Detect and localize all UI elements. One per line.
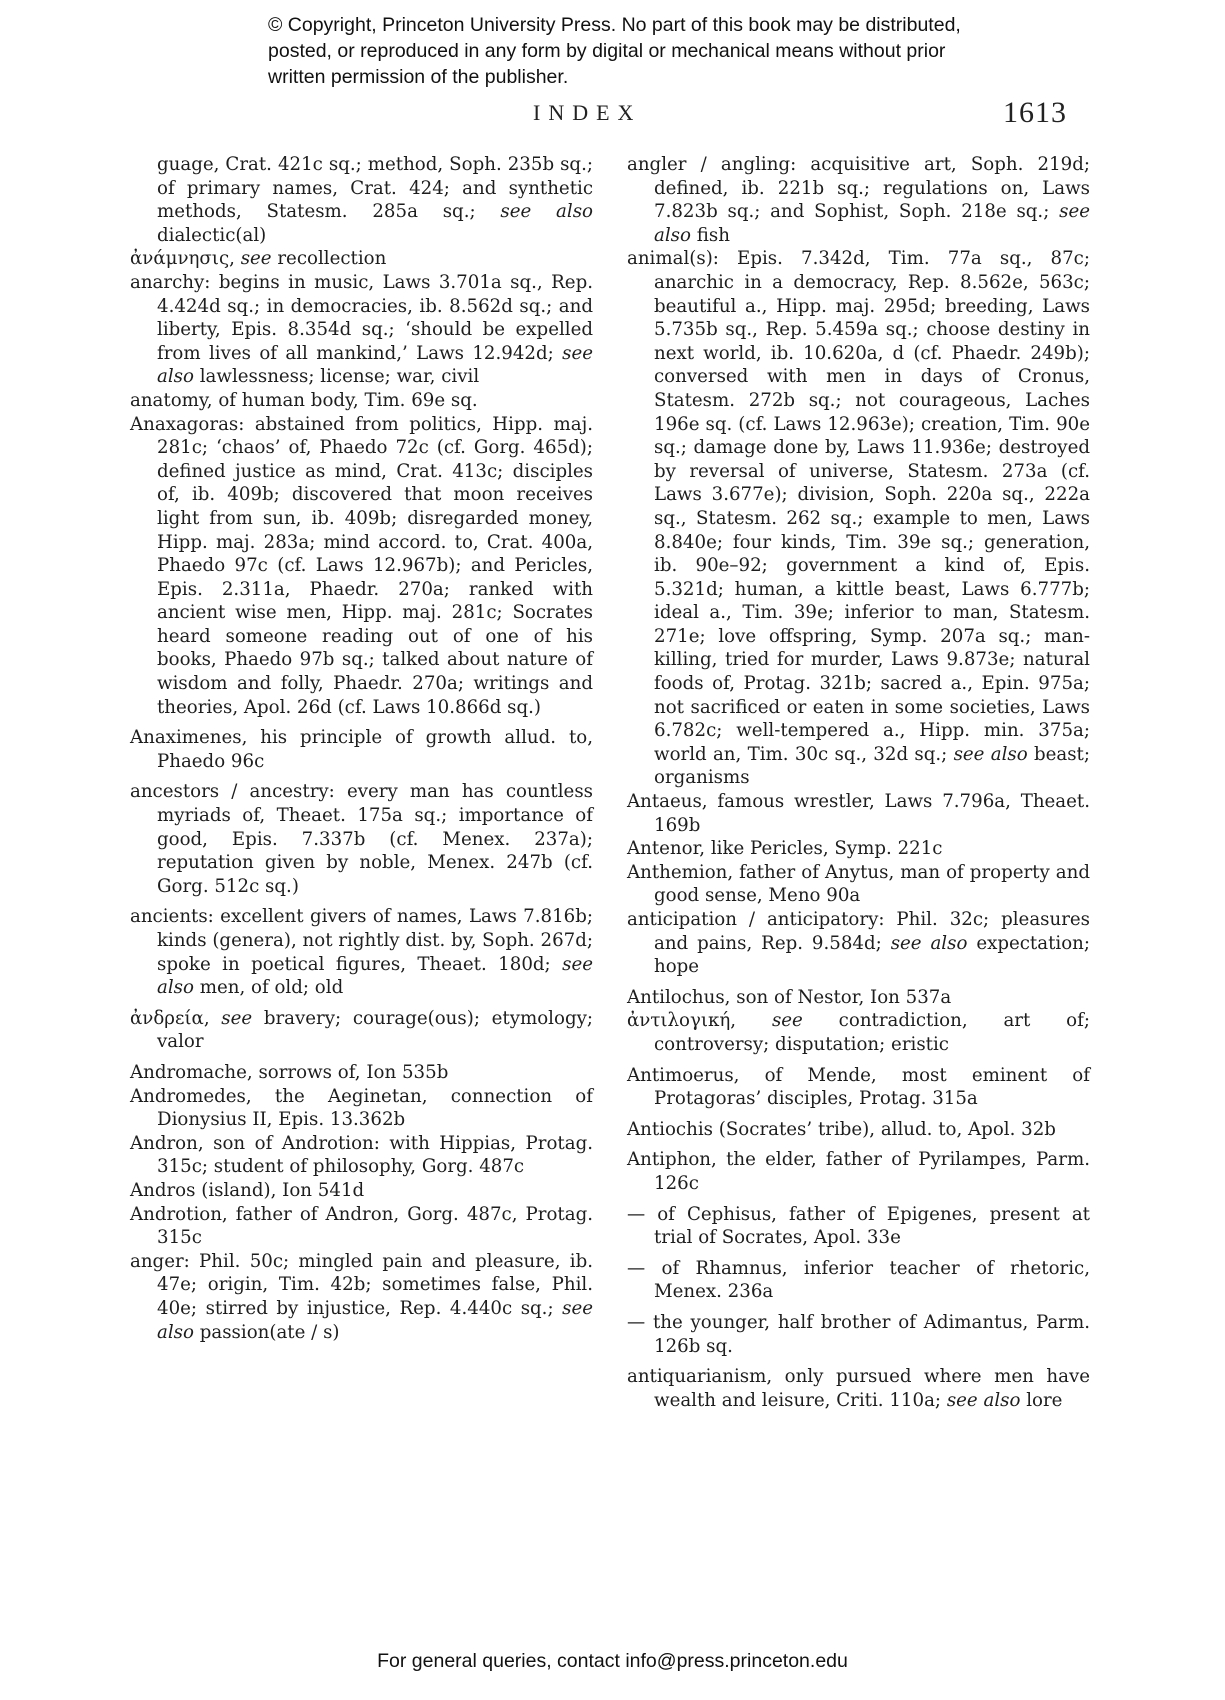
index-entry: — of Rhamnus, inferior teacher of rhetor… [627,1257,1090,1304]
index-entry: Anaximenes, his principle of growth allu… [130,726,593,773]
index-entry: anger: Phil. 50c; mingled pain and pleas… [130,1250,593,1344]
index-entry: anarchy: begins in music, Laws 3.701a sq… [130,271,593,389]
page-number: 1613 [1003,96,1067,130]
cross-reference-marker: see [221,1008,252,1029]
index-entry: — of Cephisus, father of Epigenes, prese… [627,1203,1090,1250]
cross-reference-marker: see also [157,954,593,999]
copyright-notice: © Copyright, Princeton University Press.… [268,12,968,90]
cross-reference-marker: see also [947,1390,1021,1411]
index-entry: Antimoerus, of Mende, most eminent of Pr… [627,1064,1090,1111]
index-entry: angler / angling: acquisitive art, Soph.… [627,153,1090,247]
index-column-left: guage, Crat. 421c sq.; method, Soph. 235… [130,153,593,1344]
index-column-right: angler / angling: acquisitive art, Soph.… [627,153,1090,1412]
index-entry: Andromedes, the Aeginetan, connection of… [130,1085,593,1132]
index-entry: ancients: excellent givers of names, Law… [130,905,593,999]
index-entry: animal(s): Epis. 7.342d, Tim. 77a sq., 8… [627,247,1090,790]
cross-reference-marker: see also [500,201,593,222]
index-entry: — the younger, half brother of Adimantus… [627,1311,1090,1358]
index-entry: Andros (island), Ion 541d [130,1179,593,1203]
index-entry: ἀνάμνησις, see recollection [130,247,593,271]
index-entry: Andron, son of Androtion: with Hippias, … [130,1132,593,1179]
index-entry: Androtion, father of Andron, Gorg. 487c,… [130,1203,593,1250]
index-entry: Anaxagoras: abstained from politics, Hip… [130,413,593,720]
cross-reference-marker: see also [654,201,1090,246]
cross-reference-marker: see [241,248,272,269]
index-entry: Antiochis (Socrates’ tribe), allud. to, … [627,1118,1090,1142]
index-entry: Andromache, sorrows of, Ion 535b [130,1061,593,1085]
running-title: INDEX [533,100,641,126]
index-entry: Anthemion, father of Anytus, man of prop… [627,861,1090,908]
index-entry: guage, Crat. 421c sq.; method, Soph. 235… [130,153,593,247]
index-entry: Antiphon, the elder, father of Pyrilampe… [627,1148,1090,1195]
cross-reference-marker: see also [157,1298,593,1343]
index-entry: Antaeus, famous wrestler, Laws 7.796a, T… [627,790,1090,837]
cross-reference-marker: see also [157,343,593,388]
index-entry: antiquarianism, only pursued where men h… [627,1365,1090,1412]
footer-contact: For general queries, contact info@press.… [0,1650,1225,1673]
cross-reference-marker: see also [954,744,1028,765]
index-entry: Antenor, like Pericles, Symp. 221c [627,837,1090,861]
index-entry: ancestors / ancestry: every man has coun… [130,780,593,898]
index-entry: anatomy, of human body, Tim. 69e sq. [130,389,593,413]
running-head: INDEX 1613 [0,100,1225,140]
cross-reference-marker: see also [891,933,968,954]
cross-reference-marker: see [772,1010,803,1031]
index-entry: ἀνδρεία, see bravery; courage(ous); etym… [130,1007,593,1054]
index-entry: Antilochus, son of Nestor, Ion 537a [627,986,1090,1010]
index-entry: anticipation / anticipatory: Phil. 32c; … [627,908,1090,979]
index-entry: ἀντιλογική, see contradiction, art of; c… [627,1009,1090,1056]
